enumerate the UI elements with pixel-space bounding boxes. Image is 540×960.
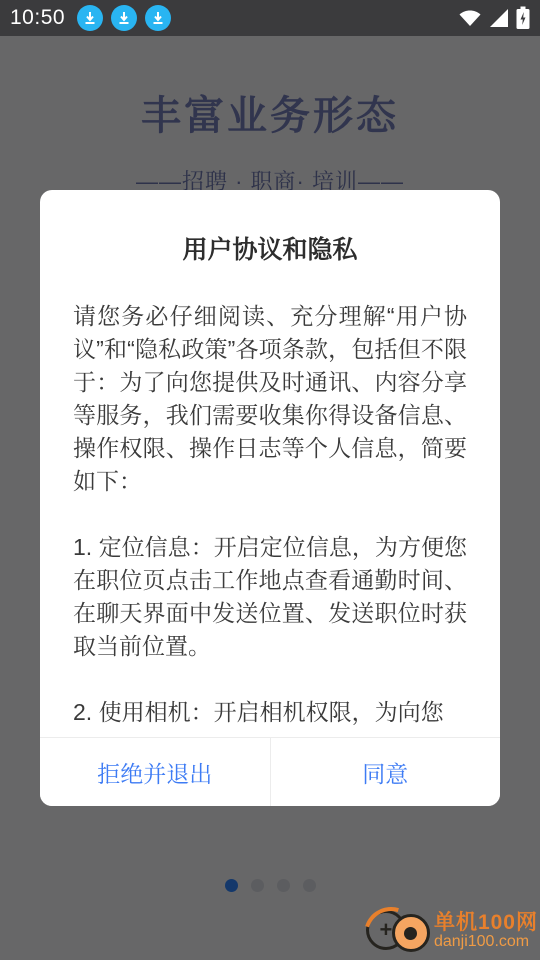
page-dot-3 (277, 879, 290, 892)
download-arrow-icon (116, 10, 132, 26)
status-bar: 10:50 (0, 0, 540, 36)
onboarding-page-dots (0, 879, 540, 892)
page-dot-2 (251, 879, 264, 892)
dialog-title: 用户协议和隐私 (40, 230, 500, 266)
agree-button[interactable]: 同意 (270, 738, 501, 806)
download-notification-icon (145, 5, 171, 31)
agreement-paragraph: 1. 定位信息：开启定位信息，为方便您在职位页点击工作地点查看通勤时间、在聊天界… (73, 531, 467, 663)
page-dot-4 (303, 879, 316, 892)
agreement-paragraph: 请您务必仔细阅读、充分理解“用户协议”和“隐私政策”各项条款，包括但不限于：为了… (73, 300, 467, 498)
agreement-paragraph: 2. 使用相机：开启相机权限，为向您 (73, 696, 467, 729)
wifi-icon (458, 7, 482, 29)
battery-charging-icon (516, 6, 530, 30)
privacy-agreement-dialog: 用户协议和隐私 请您务必仔细阅读、充分理解“用户协议”和“隐私政策”各项条款，包… (40, 190, 500, 806)
download-notification-icon (111, 5, 137, 31)
download-notification-icon (77, 5, 103, 31)
dialog-button-row: 拒绝并退出 同意 (40, 737, 500, 806)
app-title: 丰富业务形态 (0, 84, 540, 141)
download-arrow-icon (150, 10, 166, 26)
signal-icon (488, 7, 510, 29)
danji100-logo-icon: + (366, 906, 432, 956)
clock: 10:50 (10, 6, 65, 30)
download-arrow-icon (82, 10, 98, 26)
reject-and-exit-button[interactable]: 拒绝并退出 (40, 738, 270, 806)
app-screen: 10:50 (0, 0, 540, 960)
logo-donut-icon (392, 914, 430, 952)
watermark: + 单机100网 danji100.com (366, 906, 538, 956)
hero-section: 丰富业务形态 ——招聘 · 职商· 培训—— (0, 84, 540, 196)
watermark-site-name: 单机100网 (434, 912, 538, 934)
dialog-body-text[interactable]: 请您务必仔细阅读、充分理解“用户协议”和“隐私政策”各项条款，包括但不限于：为了… (73, 300, 467, 738)
page-dot-1 (225, 879, 238, 892)
watermark-site-url: danji100.com (434, 934, 538, 951)
